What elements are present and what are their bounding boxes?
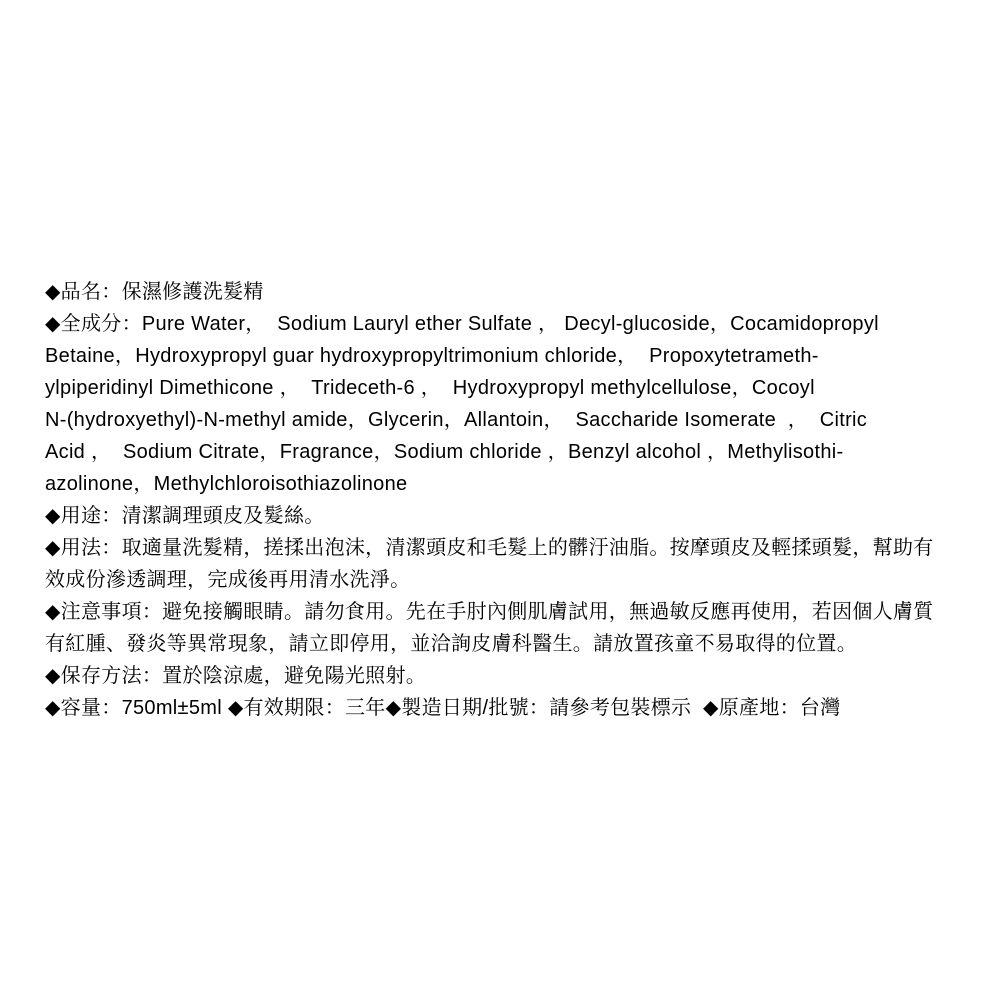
directions-line-1: ◆用法：取適量洗髮精，搓揉出泡沫，清潔頭皮和毛髮上的髒汙油脂。按摩頭皮及輕揉頭髮… <box>45 532 957 564</box>
ingredients-line-6: azolinone，Methylchloroisothiazolinone <box>45 468 957 500</box>
ingredients-line-3: ylpiperidinyl Dimethicone ， Trideceth-6 … <box>45 372 957 404</box>
storage-line: ◆保存方法：置於陰涼處，避免陽光照射。 <box>45 660 957 692</box>
product-info-line: ◆容量：750ml±5ml ◆有效期限：三年◆製造日期/批號：請參考包裝標示 ◆… <box>45 692 957 724</box>
ingredients-line-5: Acid ， Sodium Citrate，Fragrance，Sodium c… <box>45 436 957 468</box>
cautions-line-2: 有紅腫、發炎等異常現象，請立即停用，並洽詢皮膚科醫生。請放置孩童不易取得的位置。 <box>45 628 957 660</box>
ingredients-line-1: ◆全成分：Pure Water， Sodium Lauryl ether Sul… <box>45 308 957 340</box>
usage-line: ◆用途：清潔調理頭皮及髮絲。 <box>45 500 957 532</box>
directions-line-2: 效成份滲透調理，完成後再用清水洗淨。 <box>45 564 957 596</box>
product-name-line: ◆品名：保濕修護洗髮精 <box>45 276 957 308</box>
label-text-block: ◆品名：保濕修護洗髮精 ◆全成分：Pure Water， Sodium Laur… <box>45 276 957 724</box>
ingredients-line-2: Betaine，Hydroxypropyl guar hydroxypropyl… <box>45 340 957 372</box>
product-label-sheet: ◆品名：保濕修護洗髮精 ◆全成分：Pure Water， Sodium Laur… <box>0 0 1000 1000</box>
cautions-line-1: ◆注意事項：避免接觸眼睛。請勿食用。先在手肘內側肌膚試用，無過敏反應再使用，若因… <box>45 596 957 628</box>
ingredients-line-4: N-(hydroxyethyl)-N-methyl amide，Glycerin… <box>45 404 957 436</box>
